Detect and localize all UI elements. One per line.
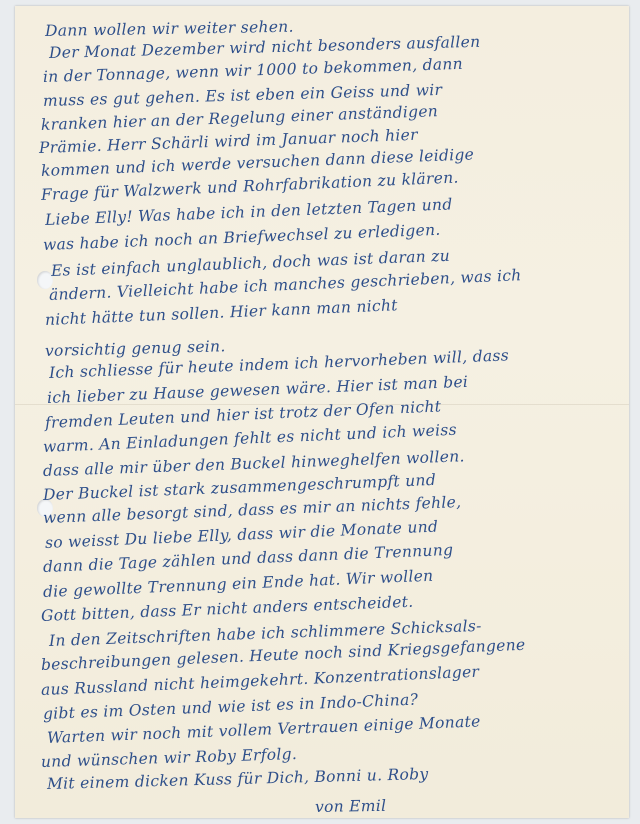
letter-line: Dann wollen wir weiter sehen. <box>45 18 294 40</box>
letter-page: Dann wollen wir weiter sehen. Der Monat … <box>15 6 629 818</box>
signature: von Emil <box>315 797 387 816</box>
letter-line: vorsichtig genug sein. <box>45 337 226 360</box>
closing-line: Mit einem dicken Kuss für Dich, Bonni u.… <box>47 765 429 793</box>
letter-line: und wünschen wir Roby Erfolg. <box>41 745 298 771</box>
